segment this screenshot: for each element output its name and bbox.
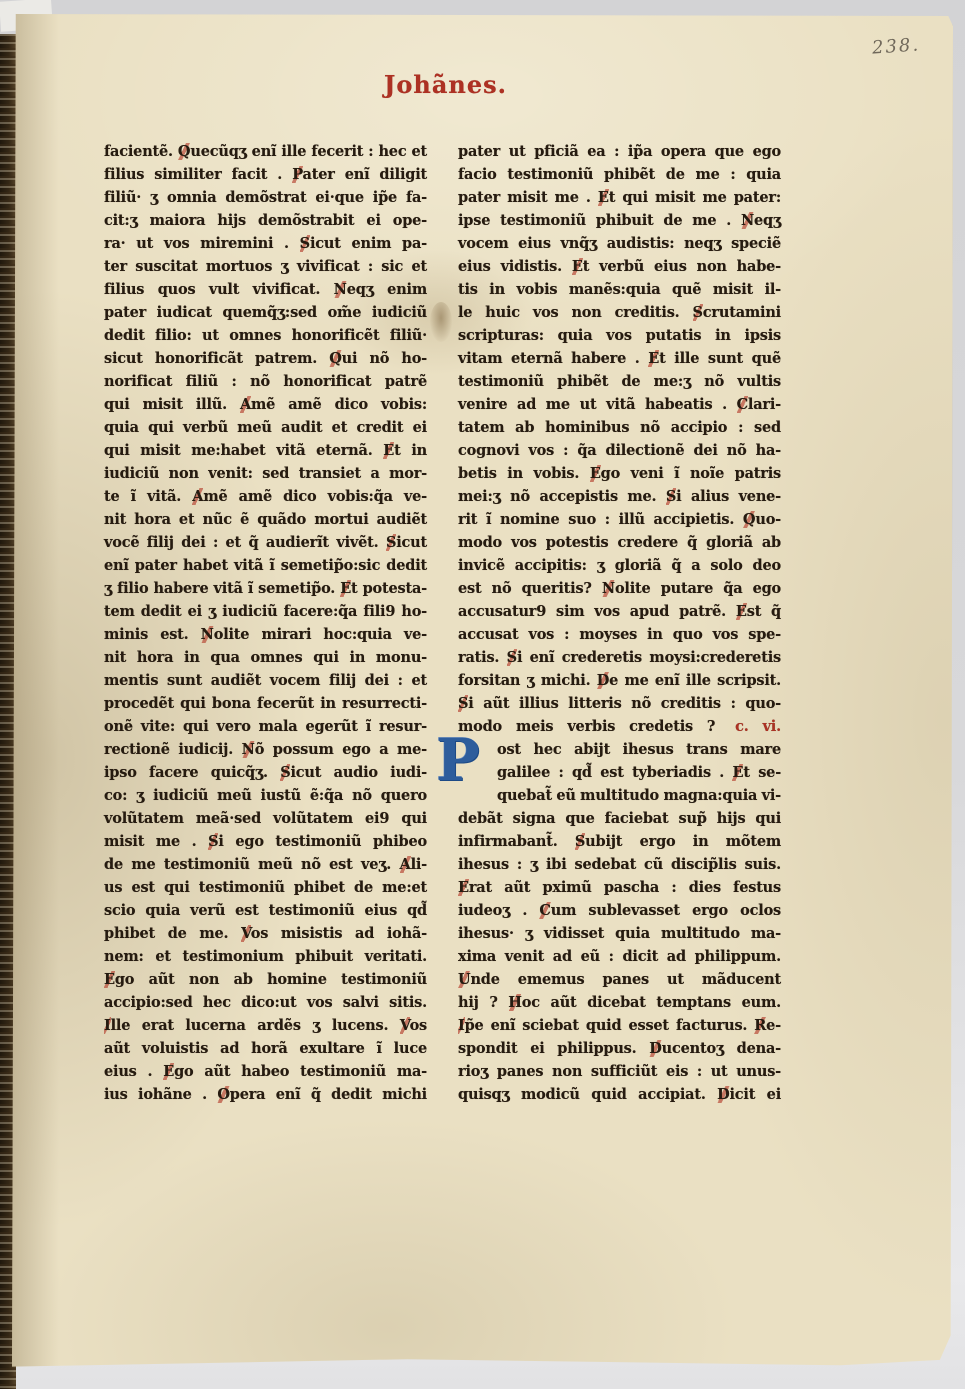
text-line: facientẽ. Quecũqʒ enĩ ille fecerit : hec…	[104, 140, 427, 163]
text-line: Ego aũt non ab homine testimoniũ	[104, 968, 427, 991]
text-line: aũt voluistis ad horã exultare ĩ luce	[104, 1037, 427, 1060]
text-line: phibet de me. Vos misistis ad iohã-	[104, 922, 427, 945]
text-line: Ille erat lucerna ardẽs ʒ lucens. Vos	[104, 1014, 427, 1037]
text-line: testimoniũ phibẽt de me:ʒ nõ vultis	[458, 370, 781, 393]
paragraph-john5: pater ut pficiã ea : ip̃a opera que egof…	[458, 140, 781, 715]
text-line: ter suscitat mortuos ʒ vivificat : sic e…	[104, 255, 427, 278]
text-line: Unde ememus panes ut mãducent	[458, 968, 781, 991]
text-line: le huic vos non creditis. Scrutamini	[458, 301, 781, 324]
photo-backdrop: { "header": { "title": "Johãnes.", "foli…	[0, 0, 965, 1389]
text-line: ra· ut vos miremini . Sicut enim pa-	[104, 232, 427, 255]
text-line: venire ad me ut vitã habeatis . Clari-	[458, 393, 781, 416]
text-line: galilee : qd̃ est tyberiadis . Et se-	[458, 761, 781, 784]
text-line: vocem eius vnq̃ʒ audistis: neqʒ speciẽ	[458, 232, 781, 255]
text-column-right: pater ut pficiã ea : ip̃a opera que egof…	[458, 140, 781, 1106]
text-line: ratis. Si enĩ crederetis moysi:credereti…	[458, 646, 781, 669]
text-line: Erat aũt pximũ pascha : dies festus	[458, 876, 781, 899]
text-line: filiũ· ʒ omnia demõstrat ei·que ip̃e fa-	[104, 186, 427, 209]
text-line: ius iohãne . Opera enĩ q̃ dedit michi	[104, 1083, 427, 1106]
text-line: xima venit ad eũ : dicit ad philippum.	[458, 945, 781, 968]
text-line: ʒ filio habere vitã ĩ semetip̃o. Et pote…	[104, 577, 427, 600]
text-line: vitam eternã habere . Et ille sunt quẽ	[458, 347, 781, 370]
text-line: qui misit illũ. Amẽ amẽ dico vobis:	[104, 393, 427, 416]
text-line: accipio:sed hec dico:ut vos salvi sitis.	[104, 991, 427, 1014]
marker-line-text: modo meis verbis credetis ?	[458, 718, 715, 735]
text-line: qui misit me:habet vitã eternã. Et in	[104, 439, 427, 462]
text-line: iudiciũ non venit: sed transiet a mor-	[104, 462, 427, 485]
text-line: nem: et testimonium phibuit veritati.	[104, 945, 427, 968]
text-line: cognovi vos : q̃a dilectionẽ dei nõ ha-	[458, 439, 781, 462]
text-line: cit:ʒ maiora hijs demõstrabit ei ope-	[104, 209, 427, 232]
text-line: norificat filiũ : nõ honorificat patrẽ	[104, 370, 427, 393]
text-line: betis in vobis. Ego veni ĩ noĩe patris	[458, 462, 781, 485]
illuminated-initial-P: P	[436, 739, 488, 785]
text-line: scio quia verũ est testimoniũ eius qd̃	[104, 899, 427, 922]
text-line: ost hec abijt ihesus trans mare	[458, 738, 781, 761]
text-line: eius vidistis. Et verbũ eius non habe-	[458, 255, 781, 278]
text-line: tem dedit ei ʒ iudiciũ facere:q̃a fili9 …	[104, 600, 427, 623]
text-line: facio testimoniũ phibẽt de me : quia	[458, 163, 781, 186]
text-line: minis est. Nolite mirari hoc:quia ve-	[104, 623, 427, 646]
text-line: de me testimoniũ meũ nõ est veʒ. Ali-	[104, 853, 427, 876]
text-line: est nõ queritis? Nolite putare q̃a ego	[458, 577, 781, 600]
text-line: ipse testimoniũ phibuit de me . Neqʒ	[458, 209, 781, 232]
text-line: pater ut pficiã ea : ip̃a opera que ego	[458, 140, 781, 163]
text-line: ihesus· ʒ vidisset quia multitudo ma-	[458, 922, 781, 945]
paragraph-john6: P ost hec abijt ihesus trans maregalilee…	[458, 738, 781, 1106]
parchment-stain	[430, 302, 452, 342]
text-line: Si aũt illius litteris nõ creditis : quo…	[458, 692, 781, 715]
text-line: pater misit me . Et qui misit me pater:	[458, 186, 781, 209]
text-line: modo vos potestis credere q̃ gloriã ab	[458, 531, 781, 554]
text-line: vocẽ filij dei : et q̃ audierĩt vivẽt. S…	[104, 531, 427, 554]
text-line: iudeoʒ . Cum sublevasset ergo oclos	[458, 899, 781, 922]
text-line: hij ? Hoc aũt dicebat temptans eum.	[458, 991, 781, 1014]
text-line: rit ĩ nomine suo : illũ accipietis. Quo-	[458, 508, 781, 531]
folio-number: 238.	[871, 34, 920, 58]
chapter-marker: c. vi.	[729, 718, 781, 735]
text-line: mentis sunt audiẽt vocem filij dei : et	[104, 669, 427, 692]
text-line: ipso facere quicq̃ʒ. Sicut audio iudi-	[104, 761, 427, 784]
text-line: tatem ab hominibus nõ accipio : sed	[458, 416, 781, 439]
text-line: quia qui verbũ meũ audit et credit ei	[104, 416, 427, 439]
text-line: nit hora et nũc ẽ quãdo mortui audiẽt	[104, 508, 427, 531]
text-line: nit hora in qua omnes qui in monu-	[104, 646, 427, 669]
running-title: Johãnes.	[384, 70, 507, 99]
text-line: accusat vos : moyses in quo vos spe-	[458, 623, 781, 646]
chapter-marker-line: modo meis verbis credetis ? c. vi.	[458, 715, 781, 738]
text-line: pater iudicat quemq̃ʒ:sed om̃e iudiciũ	[104, 301, 427, 324]
text-line: rectionẽ iudicij. Nõ possum ego a me-	[104, 738, 427, 761]
text-line: infirmabant̃. Subijt ergo in mõtem	[458, 830, 781, 853]
text-line: scripturas: quia vos putatis in ipsis	[458, 324, 781, 347]
text-line: enĩ pater habet vitã ĩ semetip̃o:sic ded…	[104, 554, 427, 577]
text-line: procedẽt qui bona fecerũt in resurrecti-	[104, 692, 427, 715]
text-line: forsitan ʒ michi. De me enĩ ille scripsi…	[458, 669, 781, 692]
text-line: mei:ʒ nõ accepistis me. Si alius vene-	[458, 485, 781, 508]
text-line: rioʒ panes non sufficiũt eis : ut unus-	[458, 1060, 781, 1083]
text-line: tis in vobis manẽs:quia quẽ misit il-	[458, 278, 781, 301]
text-line: co: ʒ iudiciũ meũ iustũ ẽ:q̃a nõ quero	[104, 784, 427, 807]
text-line: filius quos vult vivificat. Neqʒ enim	[104, 278, 427, 301]
text-line: sicut honorificãt patrem. Qui nõ ho-	[104, 347, 427, 370]
text-line: onẽ vite: qui vero mala egerũt ĩ resur-	[104, 715, 427, 738]
text-line: invicẽ accipitis: ʒ gloriã q̃ a solo deo	[458, 554, 781, 577]
text-line: eius . Ego aũt habeo testimoniũ ma-	[104, 1060, 427, 1083]
text-line: dedit filio: ut omnes honorificẽt filiũ·	[104, 324, 427, 347]
text-line: us est qui testimoniũ phibet de me:et	[104, 876, 427, 899]
text-line: volũtatem meã·sed volũtatem ei9 qui	[104, 807, 427, 830]
text-line: ihesus : ʒ ibi sedebat cũ discip̃lis sui…	[458, 853, 781, 876]
text-line: Ip̃e enĩ sciebat quid esset facturus. Re…	[458, 1014, 781, 1037]
text-line: accusatur9 sim vos apud patrẽ. Est q̃	[458, 600, 781, 623]
text-line: quebat̃ eũ multitudo magna:quia vi-	[458, 784, 781, 807]
text-line: filius similiter facit . Pater enĩ dilig…	[104, 163, 427, 186]
text-line: te ĩ vitã. Amẽ amẽ dico vobis:q̃a ve-	[104, 485, 427, 508]
text-column-left: facientẽ. Quecũqʒ enĩ ille fecerit : hec…	[104, 140, 427, 1106]
text-line: debãt signa que faciebat sup̃ hijs qui	[458, 807, 781, 830]
text-line: misit me . Si ego testimoniũ phibeo	[104, 830, 427, 853]
chapter6-lines: ost hec abijt ihesus trans maregalilee :…	[458, 738, 781, 1106]
manuscript-page: Johãnes. 238. facientẽ. Quecũqʒ enĩ ille…	[12, 14, 953, 1368]
text-line: quisqʒ modicũ quid accipiat. Dicit ei	[458, 1083, 781, 1106]
text-line: spondit ei philippus. Ducentoʒ dena-	[458, 1037, 781, 1060]
